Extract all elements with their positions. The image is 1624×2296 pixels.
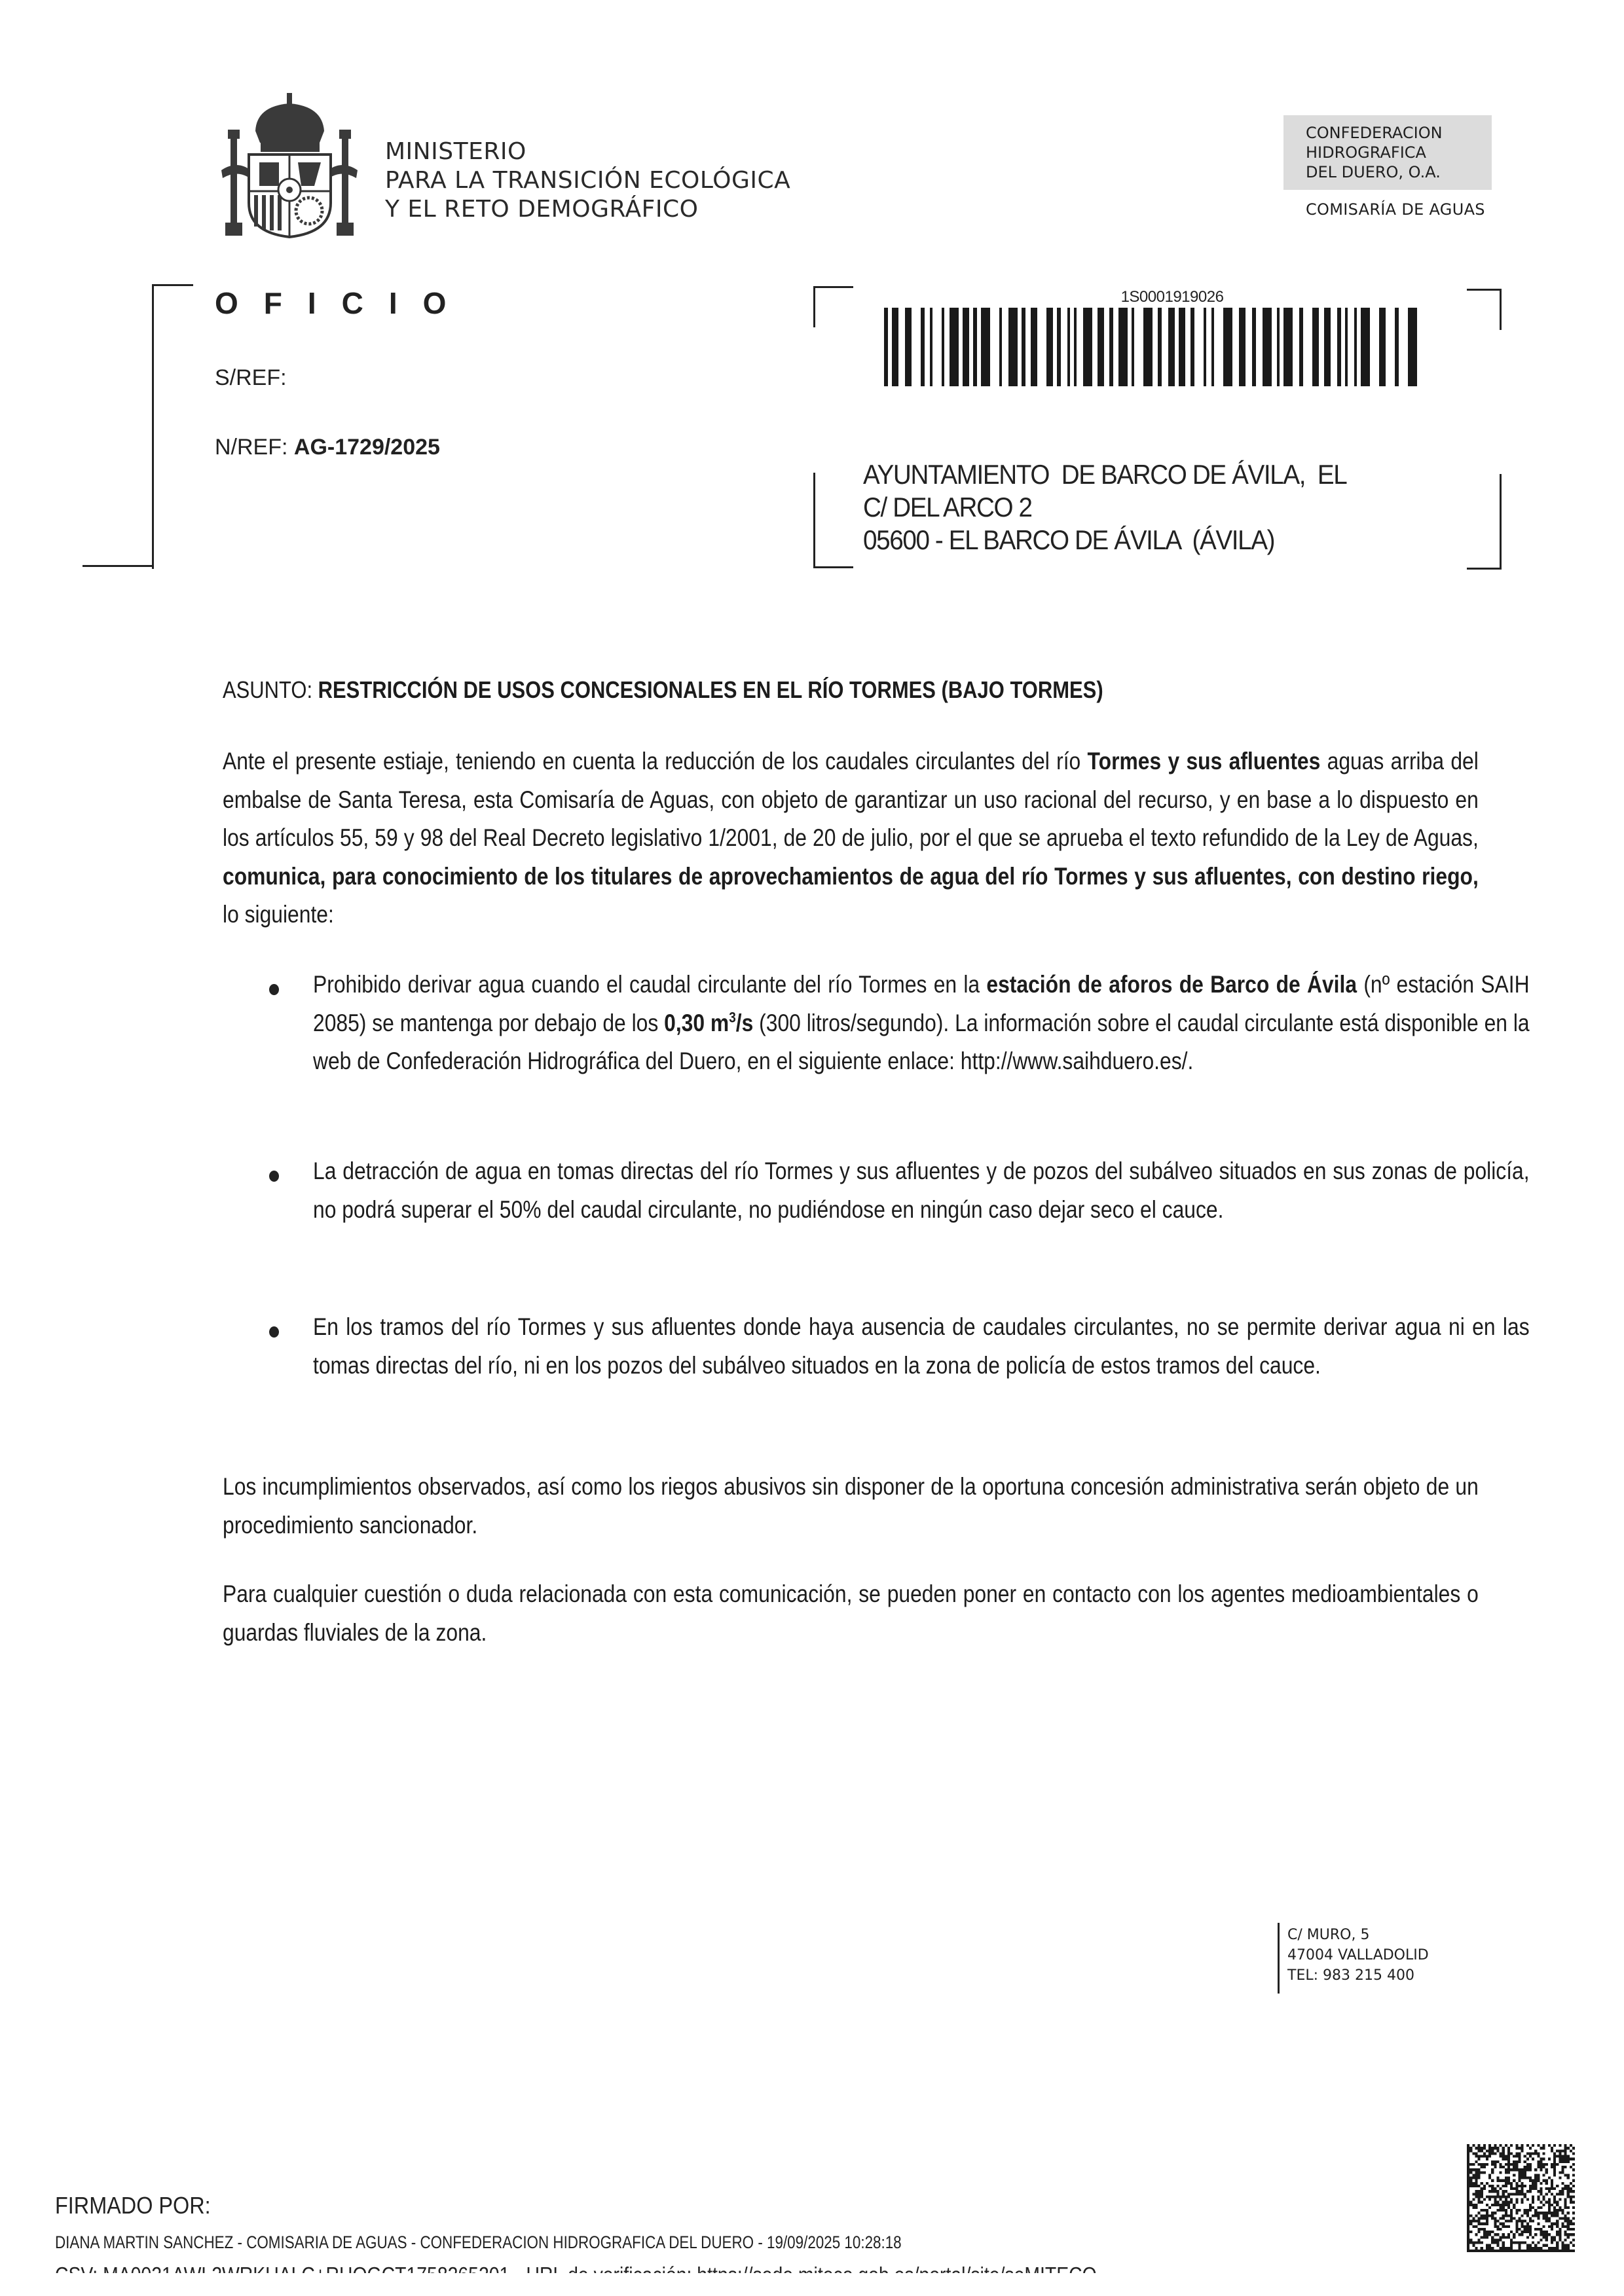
closing-paragraph-sanctions: Los incumplimientos observados, así como… <box>223 1468 1479 1544</box>
recipient-address: AYUNTAMIENTO DE BARCO DE ÁVILA, EL C/ DE… <box>863 458 1346 556</box>
subject-line: ASUNTO: RESTRICCIÓN DE USOS CONCESIONALE… <box>223 676 1103 704</box>
barcode-icon <box>884 308 1421 386</box>
window-corner-top-left <box>813 286 853 327</box>
oficio-bracket-left <box>152 284 193 569</box>
window-corner-bottom-left <box>813 473 853 568</box>
recipient-line-3: 05600 - EL BARCO DE ÁVILA (ÁVILA) <box>863 524 1346 556</box>
intro-text-3: lo siguiente: <box>223 901 334 928</box>
ministry-line-1: MINISTERIO <box>385 137 790 166</box>
closing-paragraph-contact: Para cualquier cuestión o duda relaciona… <box>223 1575 1479 1652</box>
ministry-line-3: Y EL RETO DEMOGRÁFICO <box>385 195 790 224</box>
footer-address-line-3: TEL: 983 215 400 <box>1287 1965 1429 1986</box>
csv-text: CSV: MA0021AWL2WRKUALC+RHOGCT1758265201 … <box>55 2264 1266 2273</box>
signed-by-label: FIRMADO POR: <box>55 2192 211 2219</box>
footer-address: C/ MURO, 5 47004 VALLADOLID TEL: 983 215… <box>1287 1925 1429 1986</box>
flow-unit-exponent: 3 <box>729 1009 736 1025</box>
bullet-1-bold-1: estación de aforos de Barco de Ávila <box>986 971 1357 998</box>
agency-line-1: CONFEDERACION <box>1306 123 1443 143</box>
intro-text-1: Ante el presente estiaje, teniendo en cu… <box>223 748 1088 774</box>
saihduero-link[interactable]: http://www.saihduero.es/ <box>961 1048 1188 1074</box>
nref-value: AG-1729/2025 <box>294 435 440 460</box>
sref-label: S/REF: <box>215 365 287 390</box>
ministry-line-2: PARA LA TRANSICIÓN ECOLÓGICA <box>385 166 790 195</box>
csv-verification-line: CSV: MA0021AWL2WRKUALC+RHOGCT1758265201 … <box>55 2264 1463 2273</box>
spain-coat-of-arms-icon <box>216 92 363 239</box>
bullet-icon <box>269 984 279 995</box>
department-name: COMISARÍA DE AGUAS <box>1306 200 1485 219</box>
bullet-icon <box>269 1326 279 1338</box>
agency-name: CONFEDERACION HIDROGRAFICA DEL DUERO, O.… <box>1306 123 1443 182</box>
subject-label: ASUNTO: <box>223 676 318 703</box>
flow-unit-tail: /s <box>736 1010 754 1036</box>
intro-paragraph: Ante el presente estiaje, teniendo en cu… <box>223 742 1479 934</box>
intro-bold-1: Tormes y sus afluentes <box>1088 748 1321 774</box>
our-reference: N/REF: AG-1729/2025 <box>215 435 440 460</box>
intro-bold-2: comunica, para conocimiento de los titul… <box>223 863 1479 890</box>
subject-text: RESTRICCIÓN DE USOS CONCESIONALES EN EL … <box>318 676 1103 703</box>
agency-line-3: DEL DUERO, O.A. <box>1306 162 1443 182</box>
flow-threshold: 0,30 m3/s <box>664 1010 753 1036</box>
footer-address-line-1: C/ MURO, 5 <box>1287 1925 1429 1945</box>
footer-address-divider <box>1278 1923 1280 1994</box>
list-item: En los tramos del río Tormes y sus aflue… <box>313 1308 1530 1385</box>
bullet-icon <box>269 1171 279 1182</box>
recipient-line-1: AYUNTAMIENTO DE BARCO DE ÁVILA, EL <box>863 458 1346 491</box>
window-corner-top-right <box>1467 289 1502 330</box>
nref-label: N/REF: <box>215 435 287 460</box>
document-type-title: OFICIO <box>215 285 471 321</box>
window-corner-bottom-right <box>1467 474 1502 570</box>
flow-value: 0,30 m <box>664 1010 729 1036</box>
sender-reference: S/REF: <box>215 365 287 391</box>
datamatrix-code-icon <box>1467 2144 1575 2252</box>
signer-details: DIANA MARTIN SANCHEZ - COMISARIA DE AGUA… <box>55 2232 902 2253</box>
recipient-line-2: C/ DEL ARCO 2 <box>863 491 1346 524</box>
bullet-1-text-1: Prohibido derivar agua cuando el caudal … <box>313 971 986 998</box>
registry-number: 1S0001919026 <box>1094 288 1251 306</box>
list-item: Prohibido derivar agua cuando el caudal … <box>313 966 1530 1081</box>
list-item: La detracción de agua en tomas directas … <box>313 1152 1530 1229</box>
bullet-1-text-4: . <box>1187 1048 1193 1074</box>
agency-line-2: HIDROGRAFICA <box>1306 143 1443 162</box>
footer-address-line-2: 47004 VALLADOLID <box>1287 1945 1429 1965</box>
oficio-bracket-bottom <box>83 565 154 567</box>
ministry-name: MINISTERIO PARA LA TRANSICIÓN ECOLÓGICA … <box>385 137 790 224</box>
